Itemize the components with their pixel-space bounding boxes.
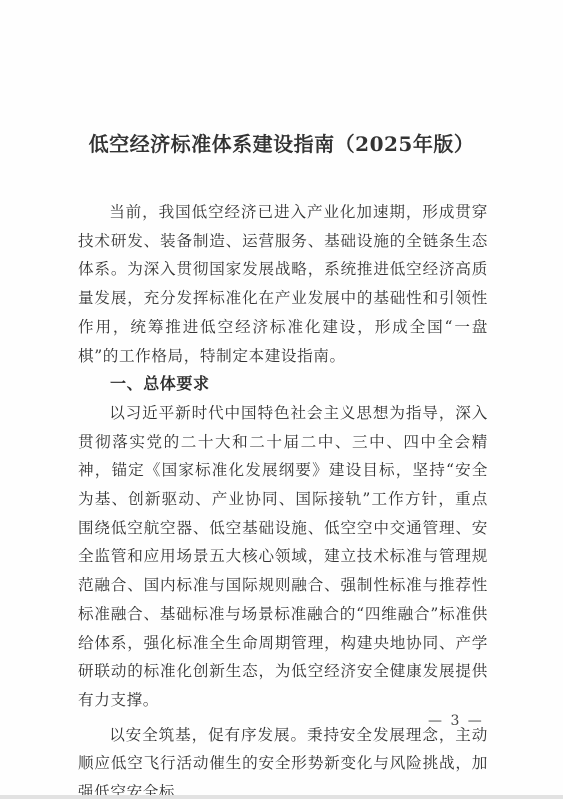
document-body: 当前，我国低空经济已进入产业化加速期，形成贯穿技术研发、装备制造、运营服务、基础… — [78, 198, 488, 799]
document-page: 低空经济标准体系建设指南（2025年版） 当前，我国低空经济已进入产业化加速期，… — [0, 0, 563, 795]
page-number: — 3 — — [428, 713, 484, 729]
section-paragraph: 以安全筑基，促有序发展。秉持安全发展理念，主动顺应低空飞行活动催生的安全形势新变… — [78, 721, 488, 799]
document-title: 低空经济标准体系建设指南（2025年版） — [0, 128, 563, 157]
intro-paragraph: 当前，我国低空经济已进入产业化加速期，形成贯穿技术研发、装备制造、运营服务、基础… — [78, 198, 488, 370]
page-bottom-edge — [0, 795, 563, 799]
section-heading: 一、总体要求 — [78, 370, 488, 399]
section-paragraph: 以习近平新时代中国特色社会主义思想为指导，深入贯彻落实党的二十大和二十届二中、三… — [78, 399, 488, 715]
